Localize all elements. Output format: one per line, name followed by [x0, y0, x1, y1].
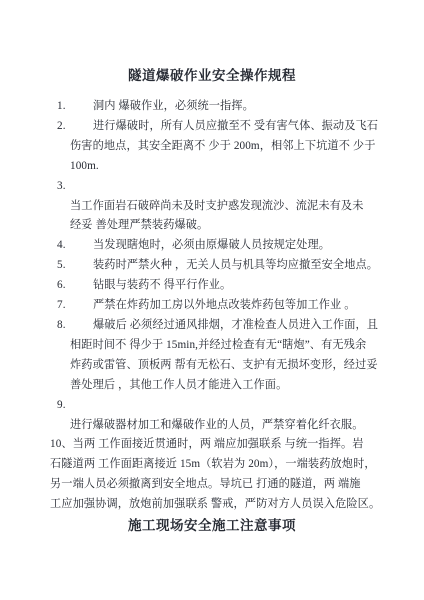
item-line: 石隧道两 工作面距离接近 15m（软岩为 20m），一端装药放炮时，: [50, 458, 376, 470]
document-page: 隧道爆破作业安全操作规程 1.洞内 爆破作业，必须统一指挥。2.进行爆破时，所有…: [0, 0, 424, 600]
section-title-2: 施工现场安全施工注意事项: [0, 518, 424, 534]
procedure-item: 8.爆破后 必须经过通风排烟，才准检查人员进入工作面，且相距时间不 得少于 15…: [57, 316, 381, 396]
item-line: 伤害的地点，其安全距离不 少于 200m，相邻上下坑道不 少于: [70, 140, 375, 152]
procedure-item: 4.当发现瞎炮时，必须由原爆破人员按规定处理。: [57, 236, 381, 256]
item-line: 当发现瞎炮时，必须由原爆破人员按规定处理。: [93, 239, 330, 251]
document-title: 隧道爆破作业安全操作规程: [0, 68, 424, 84]
procedure-item: 1.洞内 爆破作业，必须统一指挥。: [57, 97, 381, 117]
item-line: 10、当两 工作面接近贯通时，两 端应加强联系 与统一指挥。岩: [50, 438, 364, 450]
item-line: 100m.: [70, 160, 99, 172]
item-line: 当工作面岩石破碎尚未及时支护惑发现流沙、流泥未有及未: [70, 200, 363, 212]
procedure-item: 10、当两 工作面接近贯通时，两 端应加强联系 与统一指挥。岩石隧道两 工作面距…: [50, 435, 381, 515]
procedure-item: 3.当工作面岩石破碎尚未及时支护惑发现流沙、流泥未有及未经妥 善处理严禁装药爆破…: [57, 177, 381, 237]
item-number: 9.: [57, 396, 93, 416]
item-number: 6.: [57, 276, 93, 296]
item-number: 5.: [57, 256, 93, 276]
procedure-list: 1.洞内 爆破作业，必须统一指挥。2.进行爆破时，所有人员应撤至不 受有害气体、…: [57, 97, 381, 515]
procedure-item: 7.严禁在炸药加工房以外地点改装炸药包等加工作业 。: [57, 296, 381, 316]
item-line: 进行爆破时，所有人员应撤至不 受有害气体、振动及飞石: [93, 120, 378, 132]
item-line: 装药时严禁火种 ，无关人员与机具等均应撤至安全地点。: [93, 259, 378, 271]
procedure-item: 9.进行爆破器材加工和爆破作业的人员，严禁穿着化纤衣服。: [57, 396, 381, 436]
item-number: 3.: [57, 177, 93, 197]
item-number: 1.: [57, 97, 93, 117]
item-line: 进行爆破器材加工和爆破作业的人员，严禁穿着化纤衣服。: [70, 419, 363, 431]
item-line: 善处理后 ，其他工作人员才能进入工作面。: [70, 379, 287, 391]
item-number: 2.: [57, 117, 93, 137]
item-line: 爆破后 必须经过通风排烟，才准检查人员进入工作面，且: [93, 319, 378, 331]
procedure-item: 5.装药时严禁火种 ，无关人员与机具等均应撤至安全地点。: [57, 256, 381, 276]
item-number: 7.: [57, 296, 93, 316]
item-line: 经妥 善处理严禁装药爆破。: [70, 219, 208, 231]
item-line: 相距时间不 得少于 15min,并经过检查有无“瞎炮”、有无残余: [70, 339, 366, 351]
procedure-item: 2.进行爆破时，所有人员应撤至不 受有害气体、振动及飞石伤害的地点，其安全距离不…: [57, 117, 381, 177]
item-line: 洞内 爆破作业，必须统一指挥。: [93, 100, 254, 112]
item-line: 严禁在炸药加工房以外地点改装炸药包等加工作业 。: [93, 299, 356, 311]
item-line: 另一端人员必须撤离到安全地点。导坑已 打通的隧道，两 端施: [50, 478, 361, 490]
item-line: 工应加强协调，放炮前加强联系 警戒，严防对方人员误入危险区。: [50, 498, 380, 510]
item-line: 钻眼与装药不 得平行作业。: [93, 279, 231, 291]
procedure-item: 6.钻眼与装药不 得平行作业。: [57, 276, 381, 296]
item-number: 4.: [57, 236, 93, 256]
item-line: 炸药或雷管、顶板两 帮有无松石、支护有无损坏变形，经过妥: [70, 359, 378, 371]
item-number: 8.: [57, 316, 93, 336]
